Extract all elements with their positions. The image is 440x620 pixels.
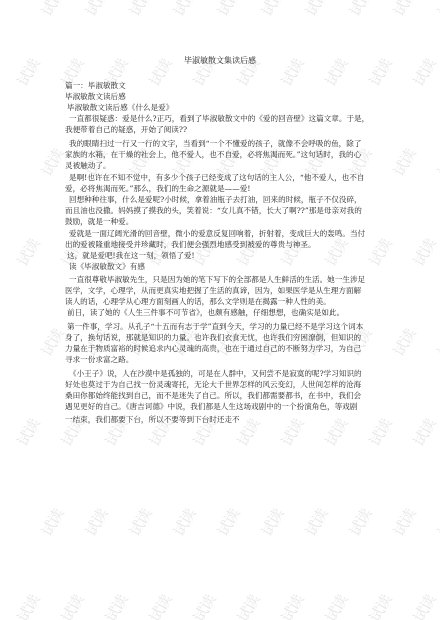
text-line: 读人的话，心理学从心理方面刻画人的话，那么文学则是在揭露一种人性的美。 [65, 296, 385, 307]
text-line: 一结束，我们都要下台，所以不要等到下台时还走不 [65, 414, 385, 425]
text-line: 读《毕淑敏散文》有感 [65, 261, 389, 272]
text-line: 身了，换句话说，那就是知识的力量。也许我们衣食无忧，也许我们穷困潦倒，但知识的 [65, 332, 385, 343]
text-line: 我的眼睛扫过一行又一行的文字，当看到“一个不懂爱的孩子，就像不会呼吸的鱼，除了 [65, 138, 389, 149]
text-line: 这，就是爱吧!我在这一刻，领悟了爱! [65, 250, 387, 261]
text-line: 第一件事，学习。从孔子“十五而有志于学”直到今天，学习的力量已经不是学习这个词本 [65, 321, 387, 332]
text-line: 一直很尊敬毕淑敏先生，只是因为她的笔下写下的全部都是人生鲜活的生活。她一生涉足 [65, 274, 389, 285]
text-line: 遇见更好的自己。《唐吉诃德》中说，我们都是人生这场戏剧中的一个扮演角色，等戏剧 [65, 401, 385, 412]
text-line: 灵被触动了。 [65, 160, 385, 171]
text-line: 出的爱被隆重地接受并珍藏时，我们便会强烈地感受到被爱的尊贵与神圣。 [65, 239, 385, 250]
text-line: 爱，必将焦渴而死。”那么，我们的生命之源就是——爱! [65, 183, 385, 194]
text-line: 一直都很疑惑：爱是什么?正巧，看到了毕淑敏散文中的《爱的回音壁》这篇文章。于是， [65, 113, 389, 124]
text-line: 毕淑敏散文读后感 [65, 91, 385, 102]
text-line: 鼓励，就是一种爱。 [65, 216, 385, 227]
text-line: 而且油也没撒。妈妈摸了摸我的头，笑着说：“女儿真不错，长大了啊??”那是母亲对我… [65, 205, 385, 216]
text-line: 家族的水箱，在干燥的社会上，他不爱人，也不自爱，必将焦渴而死。”这句话时，我的心 [65, 149, 385, 160]
text-line: 篇一：毕淑敏散文 [65, 80, 385, 91]
text-line: 寻求一份求富之路。 [65, 354, 385, 365]
document-page: 毕淑敏散文集读后感 篇一：毕淑敏散文毕淑敏散文读后感毕淑敏散文读后感《什么是爱》… [0, 0, 440, 620]
text-line: 毕淑敏散文读后感《什么是爱》 [65, 102, 387, 113]
text-line: 爱就是一面辽阔光滑的回音壁，微小的爱意反复回响着，折射着，变成巨大的轰鸣。当付 [65, 228, 389, 239]
text-line: 回想种种往事，什么是爱呢?小时候，拿着油瓶子去打油，回来的时候，瓶子不仅没碎， [65, 194, 389, 205]
text-line: 前日，读了她的《人生三件事不可节省》，也颇有感触，仔细想想，也确实是如此。 [65, 307, 387, 318]
text-line: 是啊!也许在不知不觉中，有多少个孩子已经变成了这句话的主人公，“他不爱人，也不自 [65, 172, 389, 183]
text-line: 我便带着自己的疑惑，开始了阅读?? [65, 124, 385, 135]
text-line: 好处也莫过于为自己找一份灵魂寄托，无论大千世界怎样的风云变幻，人世间怎样的沧海 [65, 379, 385, 390]
text-line: 桑田你都始终能找到自己，而不是迷失了自己。所以，我们都需要都书，在书中，我们会 [65, 390, 385, 401]
text-line: 医学，文学，心理学，从而更真实地把握了生活的真谛，因为，如果医学是从生理方面解 [65, 285, 385, 296]
text-line: 力量在于物质富裕的时候追求内心灵魂的高贵，也在于通过自己的不断努力学习，为自己 [65, 343, 385, 354]
document-title: 毕淑敏散文集读后感 [0, 55, 440, 67]
text-line: 《小王子》说，人在沙漠中是孤独的，可是在人群中，又何尝不是寂寞的呢?学习知识的 [65, 368, 389, 379]
